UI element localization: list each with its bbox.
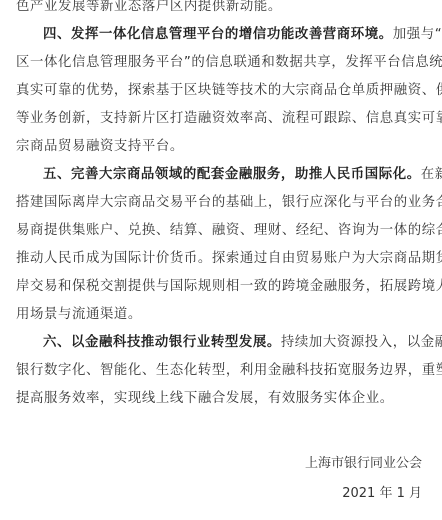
section-five-first-line: 五、完善大宗商品领域的配套金融服务，助推人民币国际化。在新片区探索 <box>16 161 426 189</box>
paragraph-text: 在新片区探索 <box>421 167 442 182</box>
signature-organization: 上海市银行同业公会 <box>305 452 422 471</box>
section-four-first-line: 四、发挥一体化信息管理平台的增信功能改善营商环境。加强与“临港新片 <box>16 21 426 49</box>
section-heading: 六、以金融科技推动银行业转型发展。 <box>43 335 281 350</box>
paragraph-line: 用场景与流通渠道。 <box>16 301 426 329</box>
paragraph-line: 宗商品贸易融资支持平台。 <box>16 133 426 161</box>
section-heading: 四、发挥一体化信息管理平台的增信功能改善营商环境。 <box>43 27 393 42</box>
paragraph-line: 色产业发展等新业态落户区内提供新动能。 <box>16 0 426 21</box>
paragraph-text: 持续加大资源投入，以金融科技推动 <box>281 335 442 350</box>
paragraph-text: 加强与“临港新片 <box>393 27 442 42</box>
signature-date: 2021 年 1 月 <box>342 482 422 501</box>
paragraph-line: 推动人民币成为国际计价货币。探索通过自由贸易账户为大宗商品期货、现货离 <box>16 245 426 273</box>
document-body: 色产业发展等新业态落户区内提供新动能。 四、发挥一体化信息管理平台的增信功能改善… <box>16 0 426 413</box>
paragraph-line: 岸交易和保税交割提供与国际规则相一致的跨境金融服务，拓展跨境人民币的运 <box>16 273 426 301</box>
paragraph-line: 真实可靠的优势，探索基于区块链等技术的大宗商品仓单质押融资、供应链金融 <box>16 77 426 105</box>
paragraph-line: 银行数字化、智能化、生态化转型，利用金融科技拓宽服务边界，重塑服务渠道， <box>16 357 426 385</box>
paragraph-line: 区一体化信息管理服务平台”的信息联通和数据共享，发挥平台信息统一规范、 <box>16 49 426 77</box>
section-six-first-line: 六、以金融科技推动银行业转型发展。持续加大资源投入，以金融科技推动 <box>16 329 426 357</box>
paragraph-line: 等业务创新，支持新片区打造融资效率高、流程可跟踪、信息真实可靠的线上大 <box>16 105 426 133</box>
paragraph-line: 易商提供集账户、兑换、结算、融资、理财、经纪、咨询为一体的综合金融服务， <box>16 217 426 245</box>
section-heading: 五、完善大宗商品领域的配套金融服务，助推人民币国际化。 <box>43 167 421 182</box>
paragraph-line: 提高服务效率，实现线上线下融合发展，有效服务实体企业。 <box>16 385 426 413</box>
paragraph-line: 搭建国际离岸大宗商品交易平台的基础上，银行应深化与平台的业务合作，为交 <box>16 189 426 217</box>
